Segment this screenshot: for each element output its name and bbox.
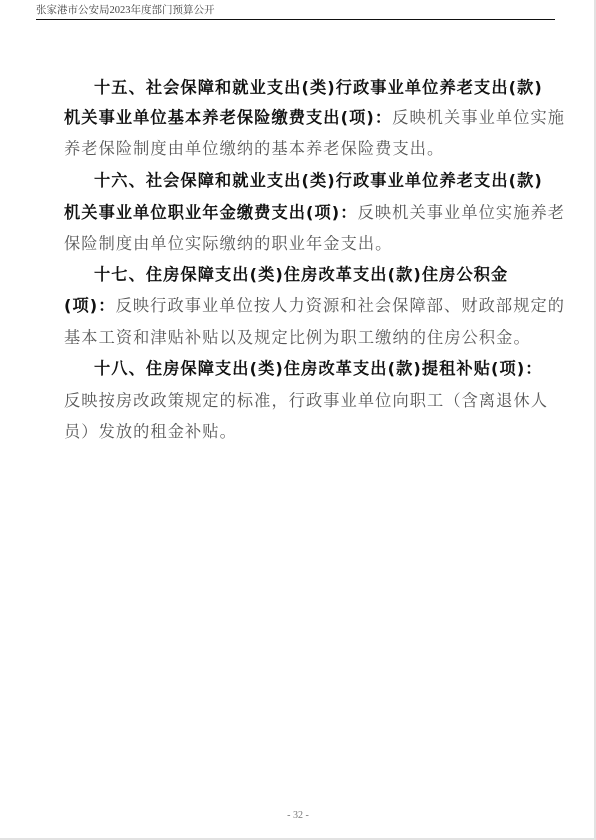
page-header: 张家港市公安局2023年度部门预算公开 (36, 4, 555, 20)
item-description: 员）发放的租金补贴。 (64, 422, 237, 441)
item-description: 反映按房改政策规定的标准，行政事业单位向职工（含离退休人 (64, 391, 548, 410)
paragraph-line: 员）发放的租金补贴。 (64, 416, 237, 447)
item-heading: 十七、住房保障支出(类)住房改革支出(款)住房公积金 (94, 265, 508, 284)
paragraph-line: 十八、住房保障支出(类)住房改革支出(款)提租补贴(项)： (94, 353, 543, 384)
item-heading: 十五、社会保障和就业支出(类)行政事业单位养老支出(款) (94, 78, 543, 97)
item-heading: 机关事业单位基本养老保险缴费支出(项)： (64, 108, 392, 127)
item-description: 反映行政事业单位按人力资源和社会保障部、财政部规定的 (116, 296, 565, 315)
paragraph-line: 反映按房改政策规定的标准，行政事业单位向职工（含离退休人 (64, 385, 548, 416)
paragraph-line: 养老保险制度由单位缴纳的基本养老保险费支出。 (64, 133, 444, 164)
item-heading: 十六、社会保障和就业支出(类)行政事业单位养老支出(款) (94, 171, 543, 190)
item-description: 反映机关事业单位实施养老 (358, 203, 565, 222)
paragraph-line: 十五、社会保障和就业支出(类)行政事业单位养老支出(款) (94, 72, 543, 103)
item-heading: (项)： (64, 296, 116, 315)
page-number: - 32 - (0, 810, 596, 821)
paragraph-line: (项)：反映行政事业单位按人力资源和社会保障部、财政部规定的 (64, 290, 565, 321)
item-description: 反映机关事业单位实施 (392, 108, 565, 127)
paragraph-line: 机关事业单位职业年金缴费支出(项)：反映机关事业单位实施养老 (64, 197, 565, 228)
paragraph-line: 保险制度由单位实际缴纳的职业年金支出。 (64, 228, 392, 259)
item-description: 基本工资和津贴补贴以及规定比例为职工缴纳的住房公积金。 (64, 328, 531, 347)
item-heading: 机关事业单位职业年金缴费支出(项)： (64, 203, 358, 222)
paragraph-line: 机关事业单位基本养老保险缴费支出(项)：反映机关事业单位实施 (64, 102, 565, 133)
paragraph-line: 基本工资和津贴补贴以及规定比例为职工缴纳的住房公积金。 (64, 322, 531, 353)
header-title: 张家港市公安局2023年度部门预算公开 (36, 4, 215, 17)
document-page: 张家港市公安局2023年度部门预算公开 十五、社会保障和就业支出(类)行政事业单… (0, 0, 596, 840)
item-heading: 十八、住房保障支出(类)住房改革支出(款)提租补贴(项)： (94, 359, 543, 378)
item-description: 养老保险制度由单位缴纳的基本养老保险费支出。 (64, 139, 444, 158)
paragraph-line: 十七、住房保障支出(类)住房改革支出(款)住房公积金 (94, 259, 508, 290)
item-description: 保险制度由单位实际缴纳的职业年金支出。 (64, 234, 392, 253)
paragraph-line: 十六、社会保障和就业支出(类)行政事业单位养老支出(款) (94, 165, 543, 196)
